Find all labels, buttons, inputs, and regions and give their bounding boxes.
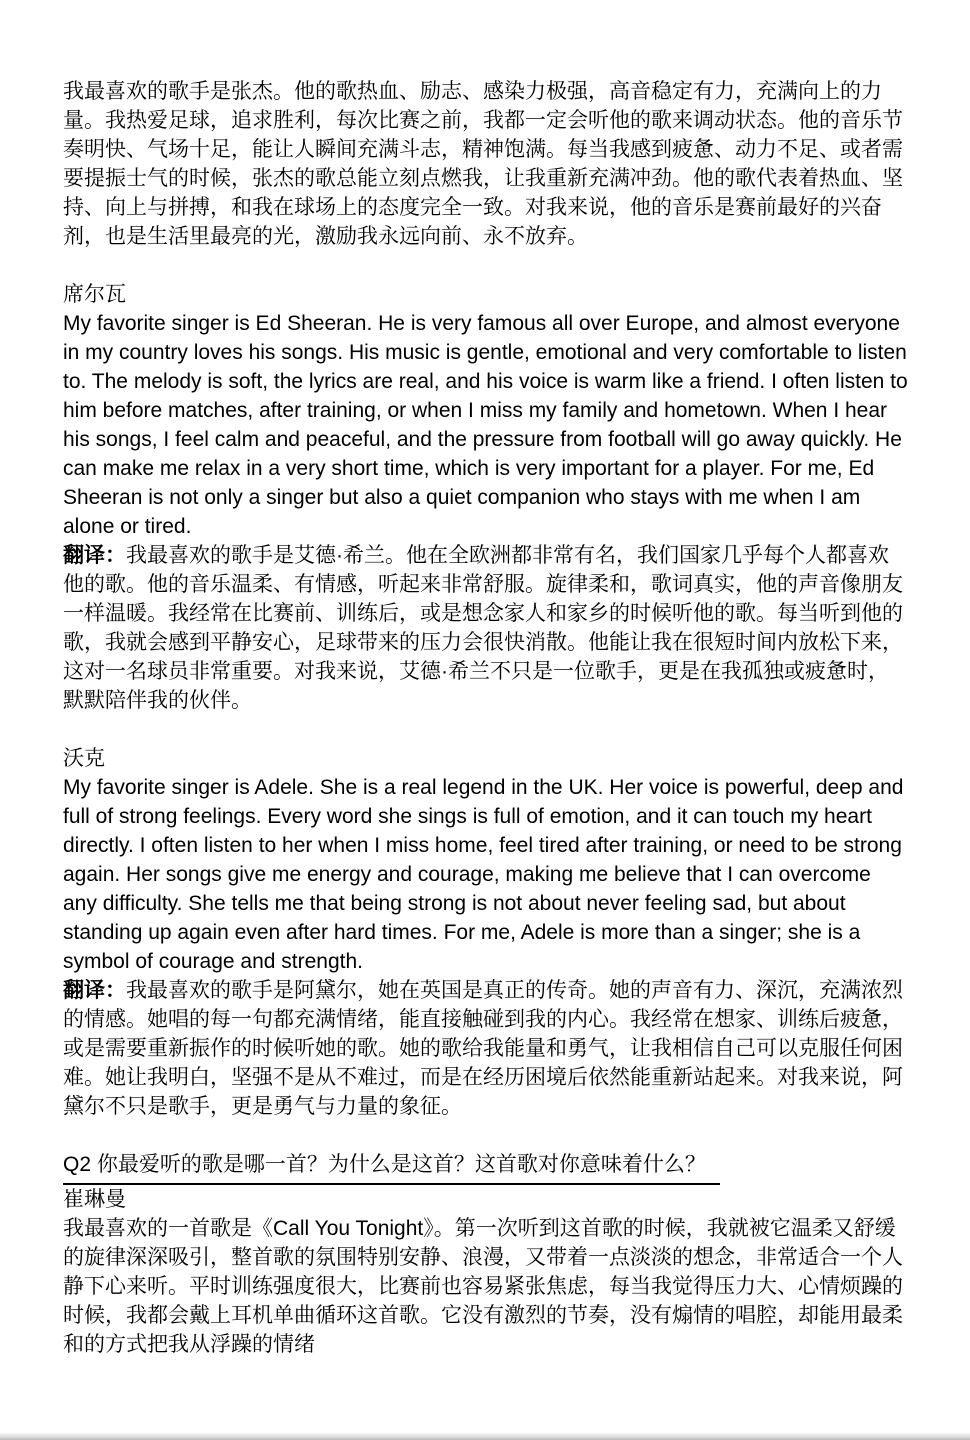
- translation-paragraph-edsheeran: 翻译：我最喜欢的歌手是艾德·希兰。他在全欧洲都非常有名，我们国家几乎每个人都喜欢…: [63, 541, 909, 715]
- answer-paragraph-edsheeran-english: My favorite singer is Ed Sheeran. He is …: [63, 309, 909, 541]
- answer-paragraph-cuilinman-cn: 我最喜欢的一首歌是《Call You Tonight》。第一次听到这首歌的时候，…: [63, 1214, 909, 1359]
- translation-label: 翻译：: [63, 544, 126, 567]
- translation-text: 我最喜欢的歌手是艾德·希兰。他在全欧洲都非常有名，我们国家几乎每个人都喜欢他的歌…: [63, 544, 903, 712]
- window-bottom-edge: [0, 1432, 970, 1440]
- question-2-heading: Q2 你最爱听的歌是哪一首？为什么是这首？这首歌对你意味着什么？: [63, 1150, 909, 1185]
- answer-paragraph-adele-english: My favorite singer is Adele. She is a re…: [63, 773, 909, 976]
- document-page: 我最喜欢的歌手是张杰。他的歌热血、励志、感染力极强，高音稳定有力，充满向上的力量…: [63, 77, 909, 1388]
- translation-label: 翻译：: [63, 979, 126, 1002]
- answer-block-cuilinman: 我最喜欢的一首歌是《Call You Tonight》。第一次听到这首歌的时候，…: [63, 1214, 909, 1359]
- speaker-name-silva: 席尔瓦: [63, 280, 909, 309]
- answer-paragraph-zhangjie-cn: 我最喜欢的歌手是张杰。他的歌热血、励志、感染力极强，高音稳定有力，充满向上的力量…: [63, 77, 909, 251]
- speaker-name-cuilinman: 崔琳曼: [63, 1185, 909, 1214]
- translation-text: 我最喜欢的歌手是阿黛尔，她在英国是真正的传奇。她的声音有力、深沉，充满浓烈的情感…: [63, 979, 903, 1118]
- answer-block-adele: My favorite singer is Adele. She is a re…: [63, 773, 909, 1121]
- answer-block-edsheeran: My favorite singer is Ed Sheeran. He is …: [63, 309, 909, 715]
- speaker-name-walker: 沃克: [63, 744, 909, 773]
- question-2-heading-text: Q2 你最爱听的歌是哪一首？为什么是这首？这首歌对你意味着什么？: [63, 1150, 720, 1185]
- translation-paragraph-adele: 翻译：我最喜欢的歌手是阿黛尔，她在英国是真正的传奇。她的声音有力、深沉，充满浓烈…: [63, 976, 909, 1121]
- answer-block-zhangjie: 我最喜欢的歌手是张杰。他的歌热血、励志、感染力极强，高音稳定有力，充满向上的力量…: [63, 77, 909, 251]
